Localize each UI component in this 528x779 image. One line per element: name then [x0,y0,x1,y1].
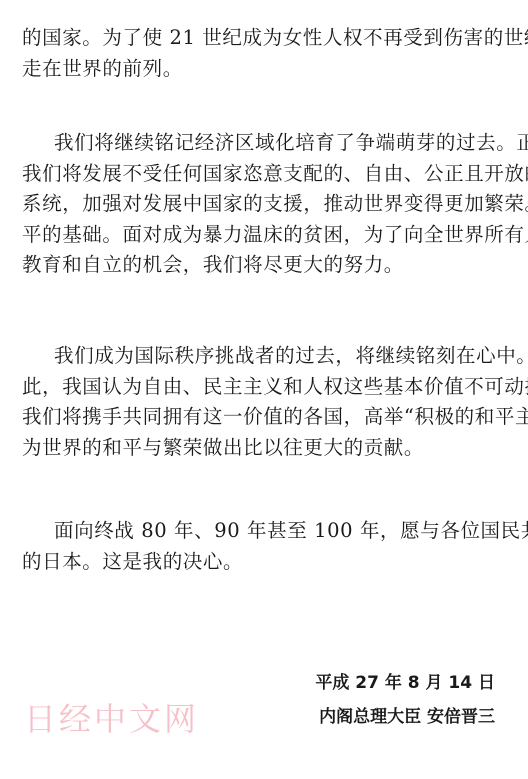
signature-date: 平成 27 年 8 月 14 日 [315,668,495,693]
paragraph-4: 面向终战 80 年、90 年甚至 100 年，愿与各位国民共同创造这样 的日本。… [22,516,500,577]
text-line: 面向终战 80 年、90 年甚至 100 年，愿与各位国民共同创造这样 [22,516,500,547]
text-line: 为世界的和平与繁荣做出比以往更大的贡献。 [22,433,500,464]
text-line: 我们将继续铭记经济区域化培育了争端萌芽的过去。正因为如此， [22,128,500,159]
paragraph-1: 的国家。为了使 21 世纪成为女性人权不再受到伤害的世纪，日本要 走在世界的前列… [22,23,500,84]
text-line: 平的基础。面对成为暴力温床的贫困，为了向全世界所有人提供医疗、 [22,220,500,251]
text-line: 教育和自立的机会，我们将尽更大的努力。 [22,250,500,281]
text-line: 我们成为国际秩序挑战者的过去，将继续铭刻在心中。正因为如 [22,341,500,372]
watermark-logo: 日经中文网 [24,694,199,740]
text-line: 的日本。这是我的决心。 [22,547,500,578]
text-line: 此，我国认为自由、民主主义和人权这些基本价值不可动摇，并坚持。 [22,372,500,403]
text-line: 我们将发展不受任何国家恣意支配的、自由、公正且开放的国际经济 [22,159,500,190]
signature-author: 内阁总理大臣 安倍晋三 [319,702,495,727]
text-line: 的国家。为了使 21 世纪成为女性人权不再受到伤害的世纪，日本要 [22,23,500,54]
paragraph-2: 我们将继续铭记经济区域化培育了争端萌芽的过去。正因为如此， 我们将发展不受任何国… [22,128,500,281]
text-line: 我们将携手共同拥有这一价值的各国，高举“积极的和平主义”大旗， [22,402,500,433]
text-line: 走在世界的前列。 [22,54,500,85]
text-line: 系统，加强对发展中国家的支援，推动世界变得更加繁荣。繁荣是和 [22,189,500,220]
paragraph-3: 我们成为国际秩序挑战者的过去，将继续铭刻在心中。正因为如 此，我国认为自由、民主… [22,341,500,463]
